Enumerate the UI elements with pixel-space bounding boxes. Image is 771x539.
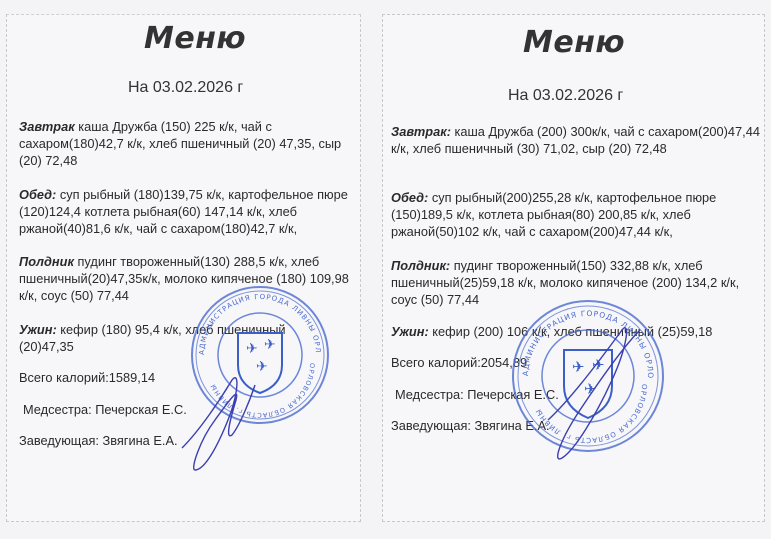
stamps-layer: ✈ ✈ ✈ АДМИНИСТРАЦИЯ ГОРОДА ЛИВНЫ ОРЛОВСК… — [0, 0, 771, 539]
svg-text:✈: ✈ — [572, 358, 585, 376]
svg-text:АДМИНИСТРАЦИЯ ГОРОДА ЛИВНЫ ОРЛ: АДМИНИСТРАЦИЯ ГОРОДА ЛИВНЫ ОРЛОВСКОЙ ОБЛ… — [521, 309, 655, 379]
svg-text:✈: ✈ — [264, 337, 276, 353]
official-stamp-icon: ✈ ✈ ✈ АДМИНИСТРАЦИЯ ГОРОДА ЛИВНЫ ОРЛОВСК… — [513, 301, 663, 451]
official-stamp-icon: ✈ ✈ ✈ АДМИНИСТРАЦИЯ ГОРОДА ЛИВНЫ ОРЛОВСК… — [192, 287, 328, 423]
svg-text:✈: ✈ — [256, 359, 268, 375]
svg-text:✈: ✈ — [246, 341, 258, 357]
svg-text:✈: ✈ — [592, 356, 605, 374]
